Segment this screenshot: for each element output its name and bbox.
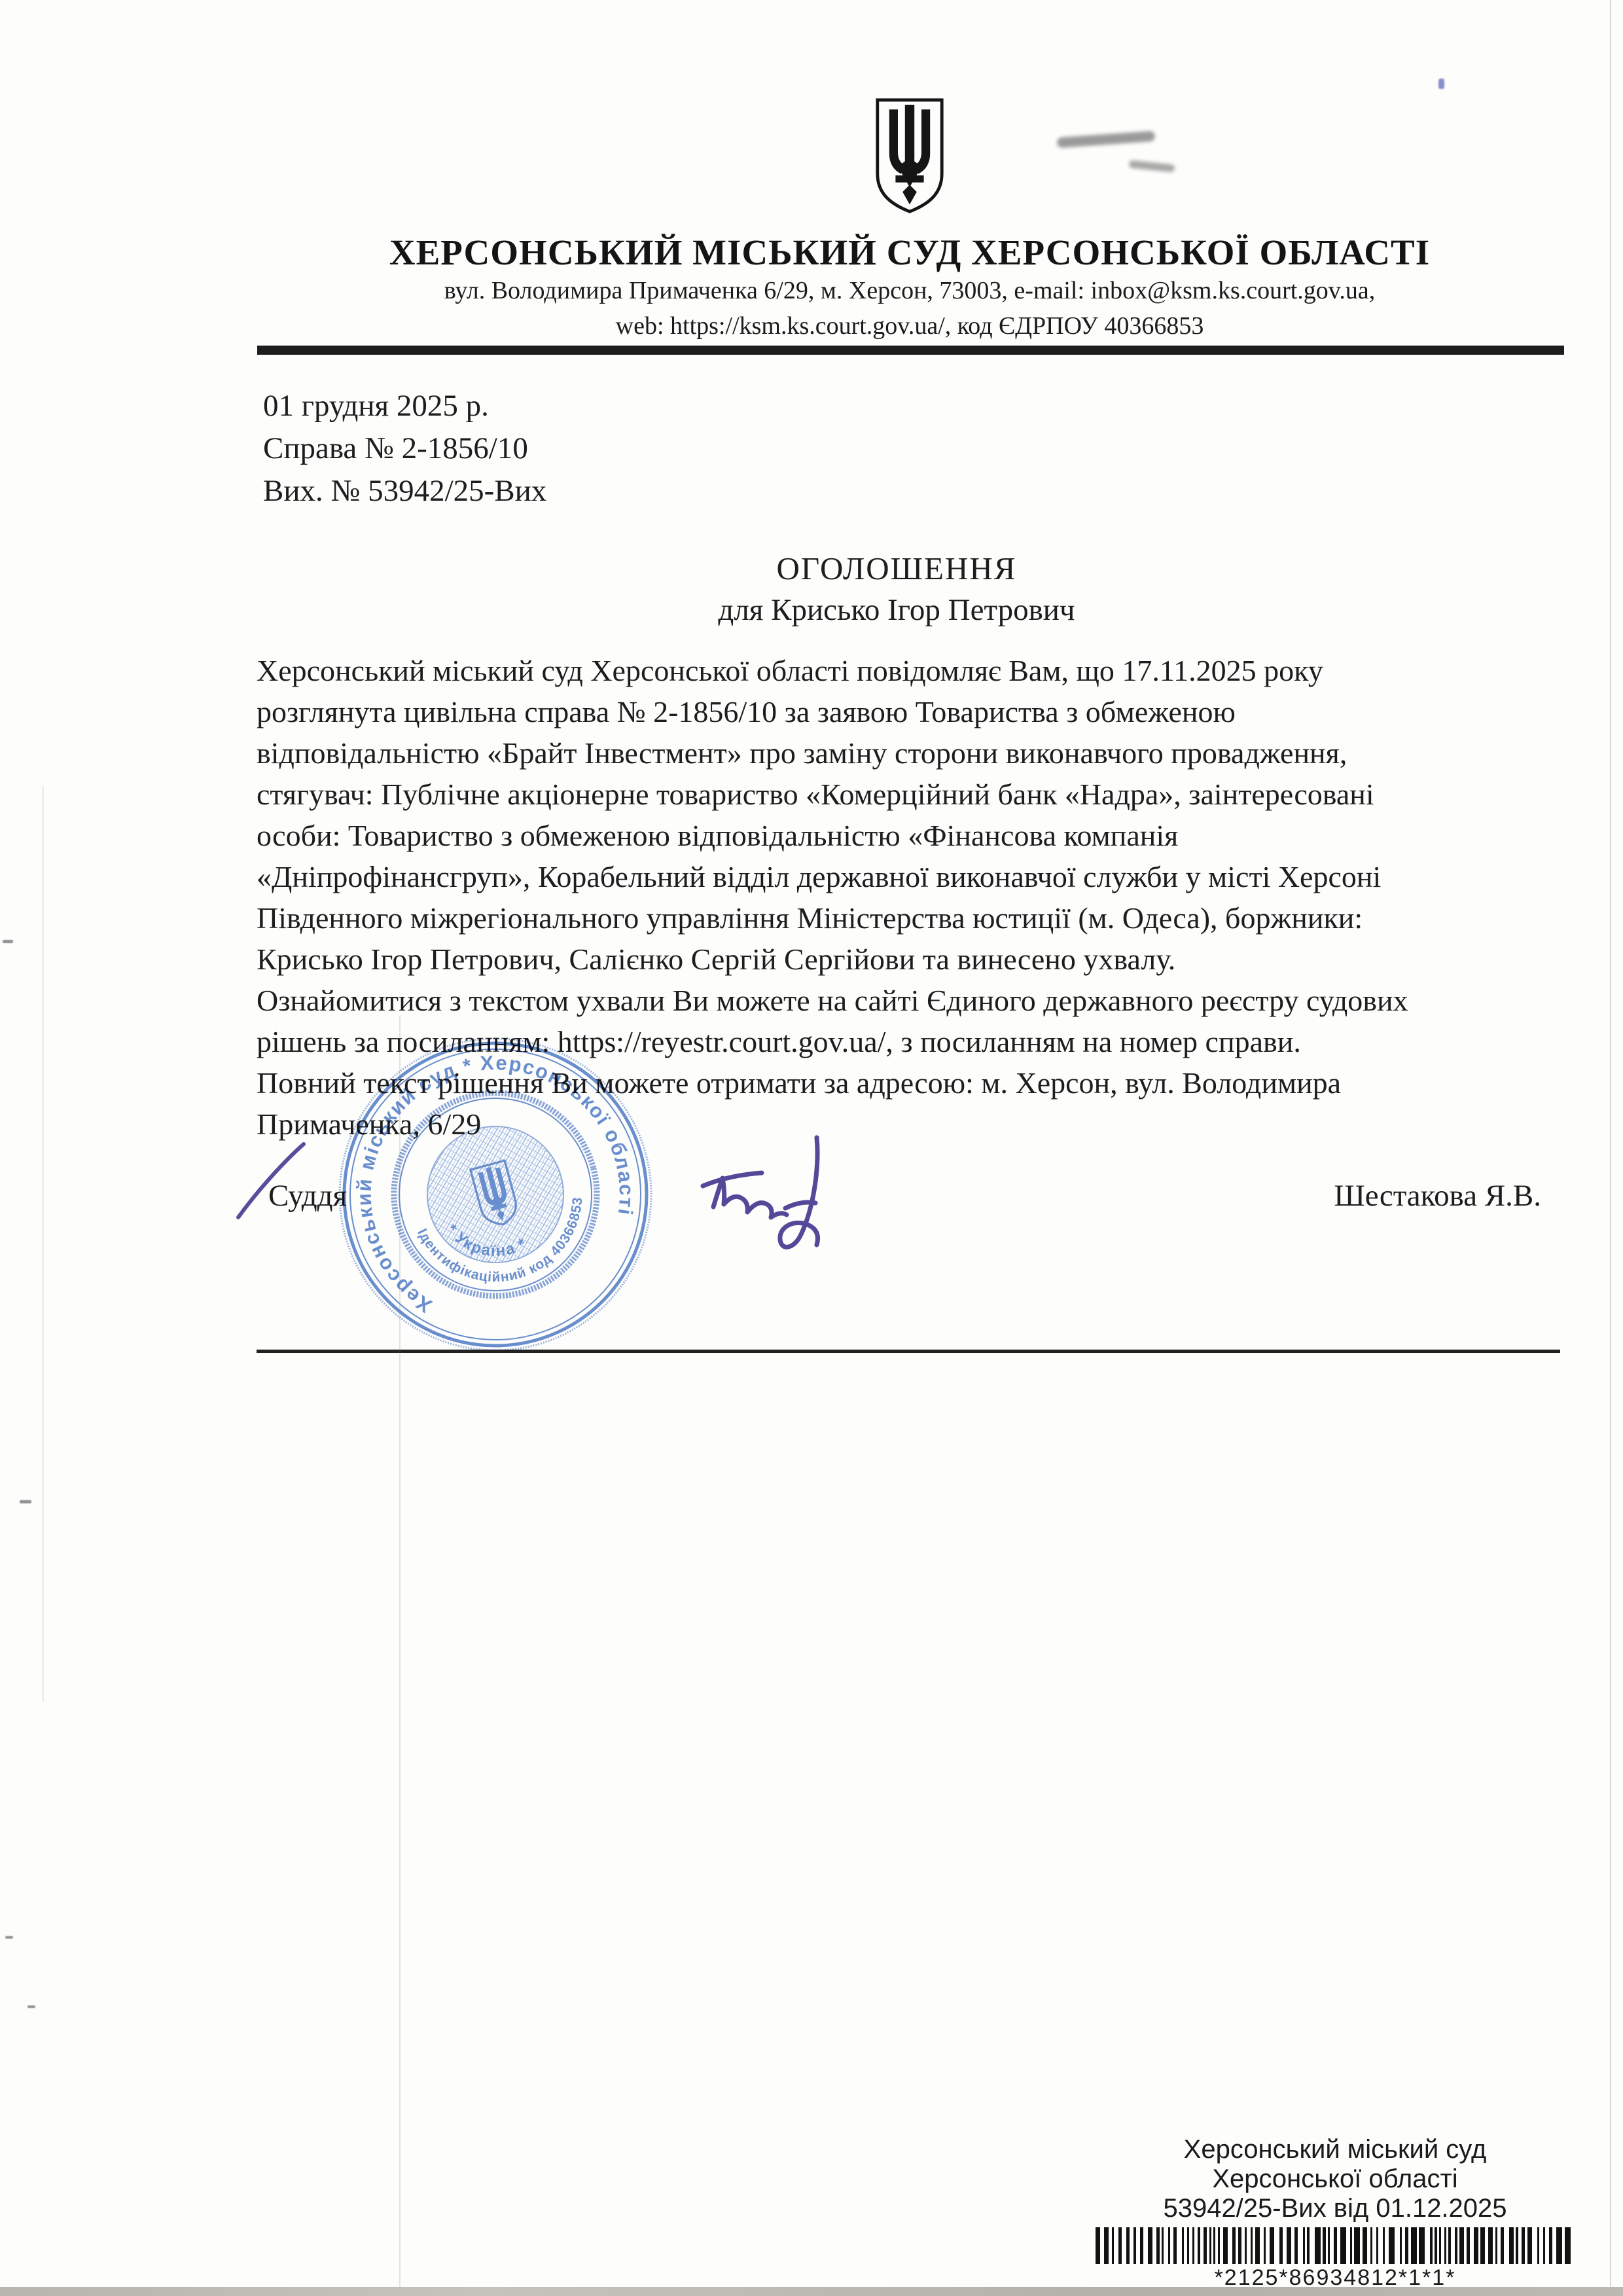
- document-meta: 01 грудня 2025 р. Справа № 2-1856/10 Вих…: [263, 385, 546, 512]
- scan-mark: [20, 1500, 31, 1503]
- bottom-rule: [257, 1350, 1560, 1353]
- body-line: стягувач: Публічне акціонерне товариство…: [257, 777, 1552, 818]
- addressee-line: для Крисько Ігор Петрович: [255, 592, 1538, 628]
- footer-outgoing-ref: 53942/25-Вих від 01.12.2025: [1086, 2194, 1584, 2223]
- document-date: 01 грудня 2025 р.: [263, 385, 546, 427]
- case-number: Справа № 2-1856/10: [263, 427, 546, 470]
- body-line: Херсонський міський суд Херсонської обла…: [257, 653, 1552, 694]
- barcode: [1096, 2227, 1575, 2264]
- pen-stroke: [233, 1140, 308, 1222]
- scan-mark: [5, 1936, 13, 1939]
- body-line: «Дніпрофінансгруп», Корабельний відділ д…: [257, 859, 1552, 901]
- body-line: особи: Товариство з обмеженою відповідал…: [257, 818, 1552, 859]
- scan-mark: [27, 2005, 35, 2008]
- barcode-human-readable: *2125*86934812*1*1*: [1086, 2265, 1584, 2291]
- body-line: Південного міжрегіонального управління М…: [257, 901, 1552, 942]
- judge-handwritten-signature: [688, 1130, 878, 1283]
- letterhead: ХЕРСОНСЬКИЙ МІСЬКИЙ СУД ХЕРСОНСЬКОЇ ОБЛА…: [255, 97, 1564, 344]
- judge-name: Шестакова Я.В.: [1334, 1178, 1541, 1213]
- footer-court-line1: Херсонський міський суд: [1086, 2135, 1584, 2164]
- scanned-document-page: ХЕРСОНСЬКИЙ МІСЬКИЙ СУД ХЕРСОНСЬКОЇ ОБЛА…: [0, 0, 1623, 2296]
- scan-edge-artifact: [1610, 0, 1611, 2296]
- body-line: розглянута цивільна справа № 2-1856/10 з…: [257, 694, 1552, 736]
- scan-streak-artifact: [42, 785, 44, 1702]
- court-address-line1: вул. Володимира Примаченка 6/29, м. Херс…: [255, 273, 1564, 308]
- outgoing-number: Вих. № 53942/25-Вих: [263, 470, 546, 512]
- body-line: відповідальністю «Брайт Інвестмент» про …: [257, 736, 1552, 777]
- document-title: ОГОЛОШЕННЯ: [255, 550, 1538, 587]
- body-line: Ознайомитися з текстом ухвали Ви можете …: [257, 983, 1552, 1024]
- scan-speck: [1438, 79, 1444, 89]
- body-line: Крисько Ігор Петрович, Салієнко Сергій С…: [257, 942, 1552, 983]
- court-name: ХЕРСОНСЬКИЙ МІСЬКИЙ СУД ХЕРСОНСЬКОЇ ОБЛА…: [255, 232, 1564, 273]
- scan-mark: [3, 940, 13, 943]
- court-address-line2: web: https://ksm.ks.court.gov.ua/, код Є…: [255, 308, 1564, 344]
- footer-court-line2: Херсонської області: [1086, 2164, 1584, 2194]
- registration-footer: Херсонський міський суд Херсонської обла…: [1086, 2135, 1584, 2291]
- court-seal-stamp: Херсонський міський суд * Херсонської об…: [330, 1036, 661, 1354]
- header-rule: [257, 346, 1564, 355]
- ukraine-trident-icon: [870, 97, 950, 215]
